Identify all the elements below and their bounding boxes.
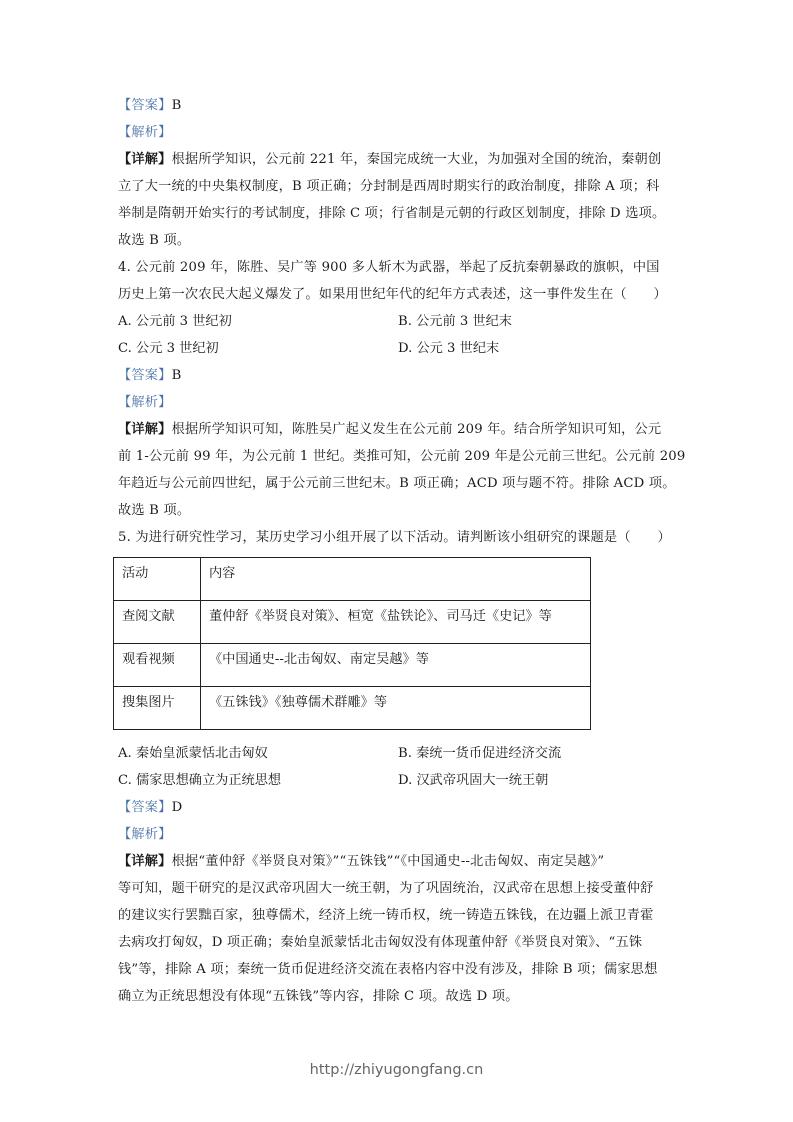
- q4-options-row: A. 公元前 3 世纪初 B. 公元前 3 世纪末: [118, 308, 678, 335]
- table-cell: 董仲舒《举贤良对策》、桓宽《盐铁论》、司马迁《史记》等: [201, 601, 591, 644]
- answer-label: 【答案】: [118, 800, 172, 815]
- q4-stem: 4. 公元前 209 年，陈胜、吴广等 900 多人斩木为武器，举起了反抗秦朝暴…: [118, 254, 678, 281]
- table-cell: 搜集图片: [114, 687, 201, 730]
- table-row: 搜集图片 《五铢钱》《独尊儒术群雕》等: [114, 687, 591, 730]
- table-row: 查阅文献 董仲舒《举贤良对策》、桓宽《盐铁论》、司马迁《史记》等: [114, 601, 591, 644]
- q4-option-a: A. 公元前 3 世纪初: [118, 308, 398, 335]
- q4-detail-line: 故选 B 项。: [118, 497, 678, 524]
- answer-label: 【答案】: [118, 368, 172, 383]
- table-cell: 《五铢钱》《独尊儒术群雕》等: [201, 687, 591, 730]
- q5-options-row: A. 秦始皇派蒙恬北击匈奴 B. 秦统一货币促进经济交流: [118, 740, 678, 767]
- answer-value: B: [172, 98, 182, 113]
- q4-option-b: B. 公元前 3 世纪末: [398, 308, 678, 335]
- footer-url[interactable]: http://zhiyugongfang.cn: [0, 1062, 793, 1078]
- q5-detail-line: 的建议实行罢黜百家，独尊儒术，经济上统一铸币权，统一铸造五铢钱，在边疆上派卫青霍: [118, 902, 678, 929]
- table-cell: 查阅文献: [114, 601, 201, 644]
- table-row: 观看视频 《中国通史--北击匈奴、南定吴越》等: [114, 644, 591, 687]
- table-cell: 《中国通史--北击匈奴、南定吴越》等: [201, 644, 591, 687]
- q4-option-d: D. 公元 3 世纪末: [398, 335, 678, 362]
- q5-detail-line: 等可知，题干研究的是汉武帝巩固大一统王朝，为了巩固统治，汉武帝在思想上接受董仲舒: [118, 875, 678, 902]
- q3-detail-line: 举制是隋朝开始实行的考试制度，排除 C 项；行省制是元朝的行政区划制度，排除 D…: [118, 200, 678, 227]
- q4-detail-line: 【详解】根据所学知识可知，陈胜吴广起义发生在公元前 209 年。结合所学知识可知…: [118, 416, 678, 443]
- q4-answer: 【答案】B: [118, 362, 678, 389]
- q5-analysis-label: 【解析】: [118, 821, 678, 848]
- q5-detail-line: 去病攻打匈奴，D 项正确；秦始皇派蒙恬北击匈奴没有体现董仲舒《举贤良对策》、“五…: [118, 929, 678, 956]
- answer-value: D: [172, 800, 183, 815]
- q4-detail-line: 前 1-公元前 99 年，为公元前 1 世纪。类推可知，公元前 209 年是公元…: [118, 443, 678, 470]
- q5-option-a: A. 秦始皇派蒙恬北击匈奴: [118, 740, 398, 767]
- q5-option-b: B. 秦统一货币促进经济交流: [398, 740, 678, 767]
- q3-analysis-label: 【解析】: [118, 119, 678, 146]
- q4-stem: 历史上第一次农民大起义爆发了。如果用世纪年代的纪年方式表述，这一事件发生在（ ）: [118, 281, 678, 308]
- q4-analysis-label: 【解析】: [118, 389, 678, 416]
- q5-option-c: C. 儒家思想确立为正统思想: [118, 767, 398, 794]
- q3-detail-line: 故选 B 项。: [118, 227, 678, 254]
- table-header-row: 活动 内容: [114, 558, 591, 601]
- q5-options-row: C. 儒家思想确立为正统思想 D. 汉武帝巩固大一统王朝: [118, 767, 678, 794]
- q4-options-row: C. 公元 3 世纪初 D. 公元 3 世纪末: [118, 335, 678, 362]
- q3-detail-line: 【详解】根据所学知识，公元前 221 年，秦国完成统一大业，为加强对全国的统治，…: [118, 146, 678, 173]
- detail-label: 【详解】: [118, 422, 172, 437]
- answer-value: B: [172, 368, 182, 383]
- q3-answer: 【答案】B: [118, 92, 678, 119]
- q5-detail-line: 钱”等，排除 A 项；秦统一货币促进经济交流在表格内容中没有涉及，排除 B 项；…: [118, 956, 678, 983]
- q5-detail-line: 【详解】根据“董仲舒《举贤良对策》”“五铢钱”“《中国通史--北击匈奴、南定吴越…: [118, 848, 678, 875]
- table-header-cell: 活动: [114, 558, 201, 601]
- activity-table: 活动 内容 查阅文献 董仲舒《举贤良对策》、桓宽《盐铁论》、司马迁《史记》等 观…: [113, 557, 591, 730]
- q5-detail-line: 确立为正统思想没有体现“五铢钱”等内容，排除 C 项。故选 D 项。: [118, 983, 678, 1010]
- q5-answer: 【答案】D: [118, 794, 678, 821]
- table-cell: 观看视频: [114, 644, 201, 687]
- q4-detail-line: 年趋近与公元前四世纪，属于公元前三世纪末。B 项正确；ACD 项与题不符。排除 …: [118, 470, 678, 497]
- q5-stem: 5. 为进行研究性学习，某历史学习小组开展了以下活动。请判断该小组研究的课题是（…: [118, 524, 678, 551]
- answer-label: 【答案】: [118, 98, 172, 113]
- document-page: 【答案】B 【解析】 【详解】根据所学知识，公元前 221 年，秦国完成统一大业…: [118, 92, 678, 1010]
- q3-detail-line: 立了大一统的中央集权制度，B 项正确；分封制是西周时期实行的政治制度，排除 A …: [118, 173, 678, 200]
- q5-option-d: D. 汉武帝巩固大一统王朝: [398, 767, 678, 794]
- q4-option-c: C. 公元 3 世纪初: [118, 335, 398, 362]
- detail-label: 【详解】: [118, 152, 172, 167]
- table-header-cell: 内容: [201, 558, 591, 601]
- detail-label: 【详解】: [118, 854, 172, 869]
